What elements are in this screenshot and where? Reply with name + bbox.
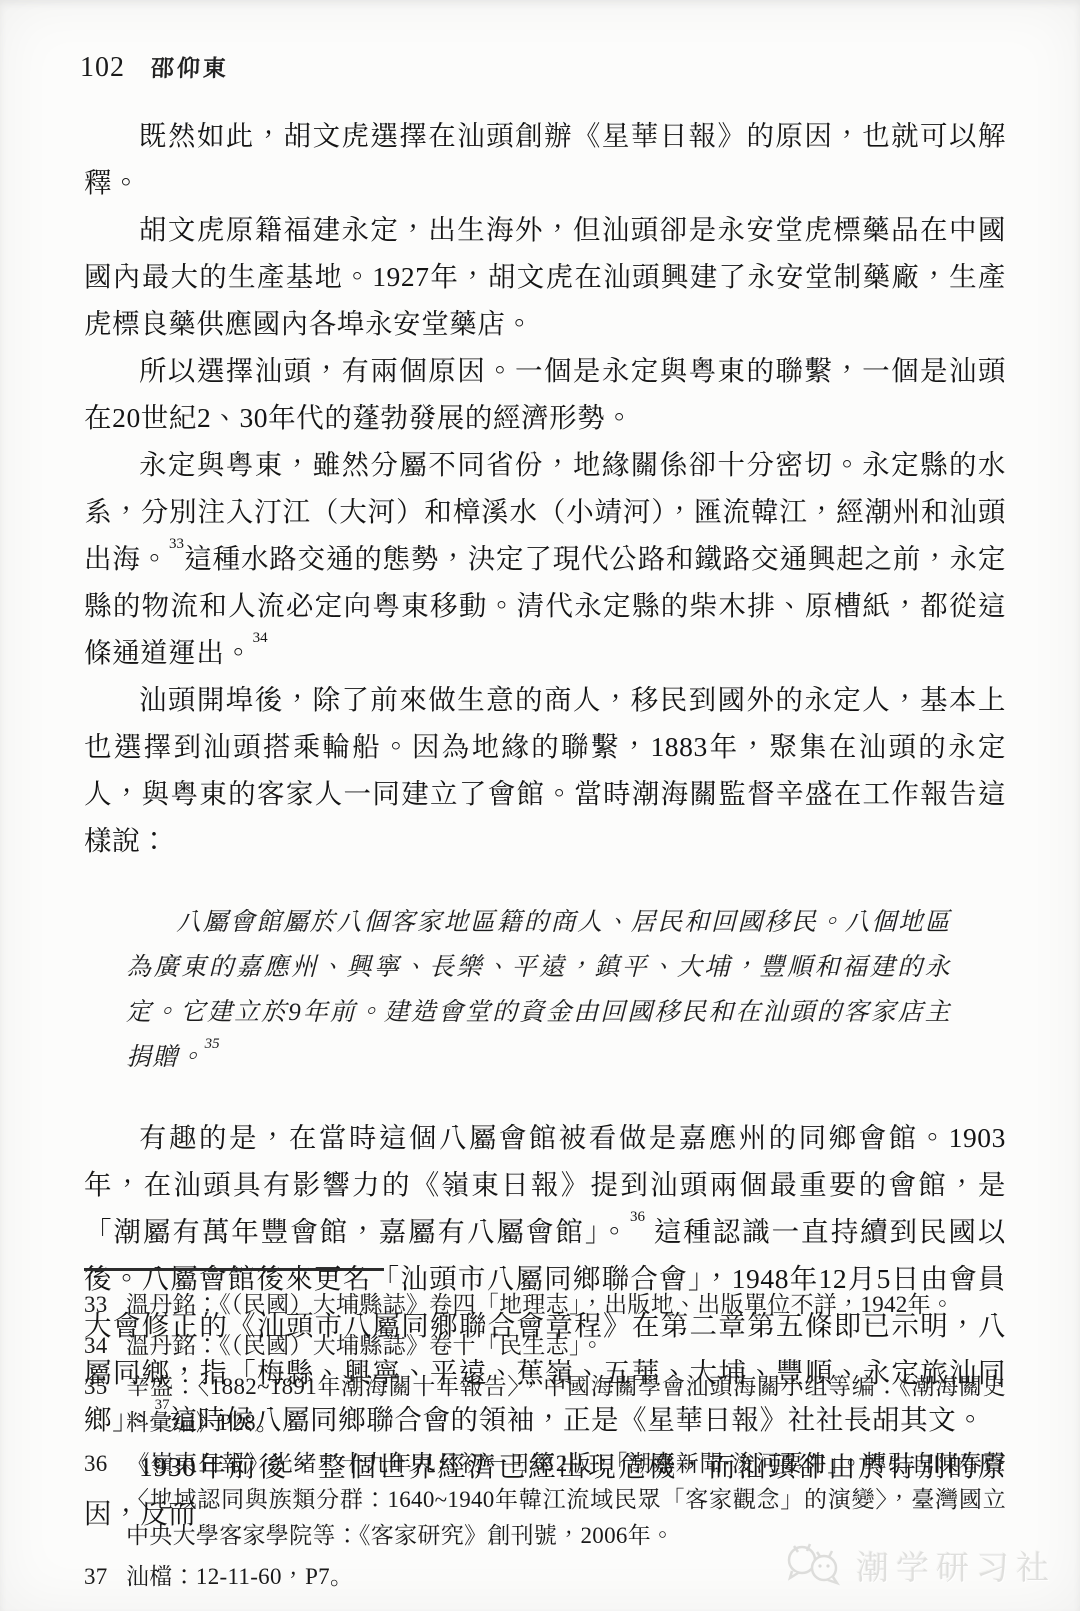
page-number: 102 — [80, 52, 125, 84]
page-header: 102 邵仰東 — [80, 50, 229, 84]
footnote-37-text: 汕檔：12-11-60，P7。 — [126, 1564, 353, 1589]
footnote-ref-34: 34 — [253, 630, 268, 646]
watermark-logo-icon — [784, 1538, 846, 1593]
footnote-35: 35辛盛：〈1882~1891年潮海關十年報告〉，中國海關學會汕頭海關小组等编：… — [84, 1369, 1006, 1441]
footnote-34-text: 溫丹銘：《（民國）大埔縣誌》卷十「民生志」。 — [126, 1333, 604, 1358]
footnote-37-number: 37 — [84, 1559, 126, 1595]
paragraph-5: 汕頭開埠後，除了前來做生意的商人，移民到國外的永定人，基本上也選擇到汕頭搭乘輪船… — [84, 676, 1006, 864]
paragraph-2-text: 胡文虎原籍福建永定，出生海外，但汕頭卻是永安堂虎標藥品在中國國內最大的生產基地。… — [84, 214, 1006, 339]
footnote-35-number: 35 — [84, 1369, 126, 1405]
block-quote: 八屬會館屬於八個客家地區籍的商人、居民和回國移民。八個地區為廣東的嘉應州、興寧、… — [126, 900, 951, 1080]
footnote-ref-35: 35 — [205, 1036, 220, 1052]
footnote-36-number: 36 — [84, 1446, 126, 1482]
footnote-ref-36: 36 — [630, 1209, 645, 1225]
footnote-34-number: 34 — [84, 1328, 126, 1364]
watermark-label: 潮学研习社 — [856, 1542, 1056, 1589]
paragraph-5-text: 汕頭開埠後，除了前來做生意的商人，移民到國外的永定人，基本上也選擇到汕頭搭乘輪船… — [84, 684, 1006, 856]
footnote-ref-33: 33 — [169, 536, 184, 552]
footnote-36-text: 《嶺東日報》光绪二十九年九月初一日第2版，「潮嘉新聞·浚河要件」。轉引自陳春聲〈… — [126, 1451, 1006, 1548]
footnote-divider — [84, 1268, 384, 1271]
paragraph-4-text-b: 這種水路交通的態勢，決定了現代公路和鐵路交通興起之前，永定縣的物流和人流必定向粤… — [84, 543, 1006, 668]
paragraph-4: 永定與粤東，雖然分屬不同省份，地緣關係卻十分密切。永定縣的水系，分別注入汀江（大… — [84, 441, 1006, 676]
scanned-book-page: 102 邵仰東 既然如此，胡文虎選擇在汕頭創辦《星華日報》的原因，也就可以解釋。… — [0, 0, 1080, 1611]
paragraph-3-text: 所以選擇汕頭，有兩個原因。一個是永定與粤東的聯繫，一個是汕頭在20世紀2、30年… — [84, 355, 1006, 433]
footnote-35-text: 辛盛：〈1882~1891年潮海關十年報告〉，中國海關學會汕頭海關小组等编：《潮… — [126, 1374, 1006, 1435]
running-head-author: 邵仰東 — [150, 50, 229, 83]
paragraph-1-text: 既然如此，胡文虎選擇在汕頭創辦《星華日報》的原因，也就可以解釋。 — [84, 120, 1006, 198]
paragraph-1: 既然如此，胡文虎選擇在汕頭創辦《星華日報》的原因，也就可以解釋。 — [84, 112, 1006, 206]
footnote-34: 34溫丹銘：《（民國）大埔縣誌》卷十「民生志」。 — [84, 1328, 1006, 1364]
footnote-33-number: 33 — [84, 1287, 126, 1323]
watermark: 潮学研习社 — [784, 1538, 1056, 1593]
footnote-33: 33溫丹銘：《（民國）大埔縣誌》卷四「地理志」，出版地、出版單位不詳，1942年… — [84, 1287, 1006, 1323]
block-quote-text: 八屬會館屬於八個客家地區籍的商人、居民和回國移民。八個地區為廣東的嘉應州、興寧、… — [126, 909, 951, 1071]
footnote-33-text: 溫丹銘：《（民國）大埔縣誌》卷四「地理志」，出版地、出版單位不詳，1942年。 — [126, 1292, 954, 1317]
paragraph-3: 所以選擇汕頭，有兩個原因。一個是永定與粤東的聯繫，一個是汕頭在20世紀2、30年… — [84, 347, 1006, 441]
paragraph-2: 胡文虎原籍福建永定，出生海外，但汕頭卻是永安堂虎標藥品在中國國內最大的生產基地。… — [84, 206, 1006, 347]
